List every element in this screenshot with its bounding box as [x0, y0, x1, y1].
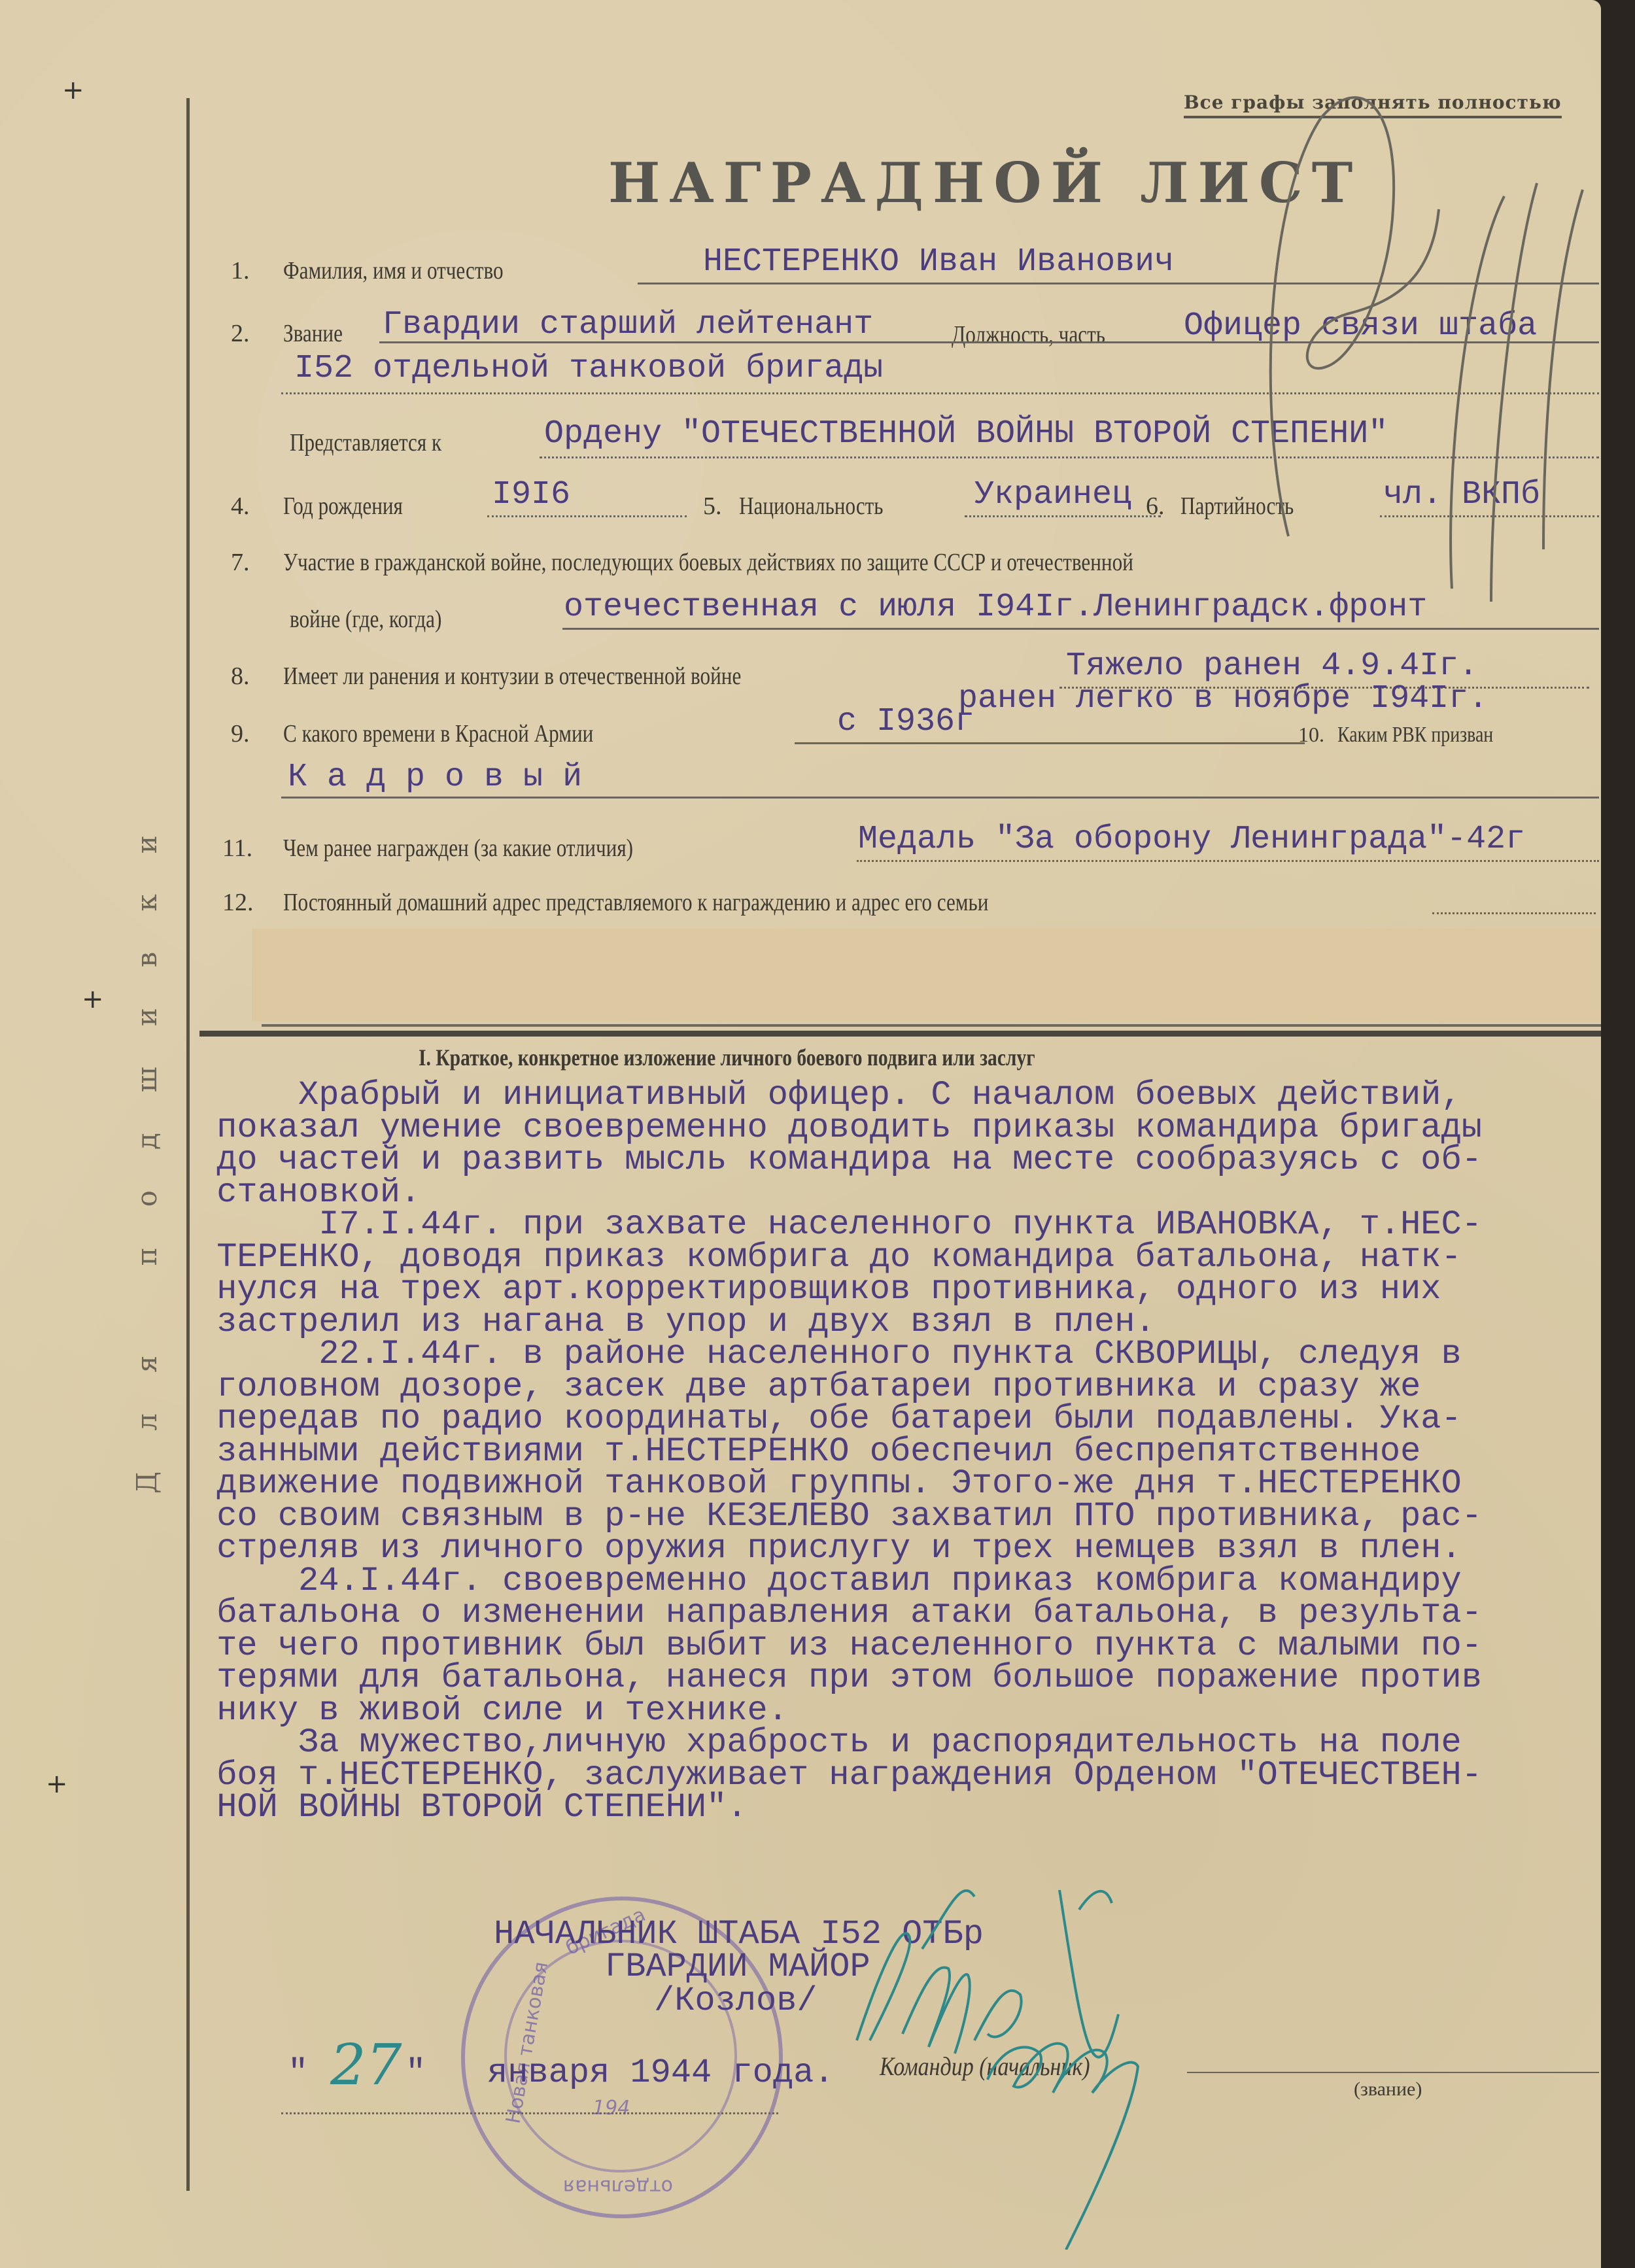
date-day: 27 [330, 2033, 402, 2098]
field-value: отечественная с июля I94Iг.Ленинградск.ф… [564, 589, 1427, 626]
scan-edge [1601, 0, 1635, 2268]
page-title: НАГРАДНОЙ ЛИСТ [608, 150, 1362, 215]
binding-margin-label: Для подшивки [131, 621, 170, 1668]
field-label: Фамилия, имя и отчество [283, 256, 504, 285]
commander-underline [1187, 2072, 1599, 2073]
instruction-note: Все графы заполнять полностью [1184, 92, 1562, 118]
date-underline [281, 2112, 778, 2114]
field-underline [281, 797, 1599, 799]
field-label: Представляется к [290, 428, 441, 457]
field-label: Национальность [739, 492, 884, 521]
field-label: Год рождения [283, 492, 403, 521]
narrative-section-title: I. Краткое, конкретное изложение личного… [419, 1044, 1035, 1071]
separator-line-thick [199, 1031, 1602, 1037]
field-underline [1380, 515, 1599, 517]
redacted-address-area [252, 929, 1602, 1022]
field-underline [562, 628, 1599, 630]
field-label: войне (где, когда) [290, 605, 441, 634]
signatory-rank: ГВАРДИИ МАЙОР [605, 1948, 870, 1986]
binding-margin-line [186, 98, 190, 2191]
separator-line [262, 1024, 1602, 1027]
punch-hole-mark: + [46, 1769, 68, 1799]
award-sheet-page: + + + Для подшивки Все графы заполнять п… [0, 0, 1601, 2268]
punch-hole-mark: + [62, 75, 84, 105]
field-underline [965, 515, 1161, 517]
date-month-year: января 1944 года. [487, 2053, 835, 2092]
narrative-text: Храбрый и инициативный офицер. С началом… [196, 1079, 1635, 1824]
field-value-rvk: К а д р о в ы й [288, 759, 582, 796]
field-underline [540, 456, 1599, 458]
field-value-position: Офицер связи штаба [1184, 307, 1537, 345]
date-close-quote: " [405, 2053, 426, 2092]
field-value-party: чл. ВКПб [1383, 476, 1540, 513]
field-value: Тяжело ранен 4.9.4Iг. [1066, 647, 1478, 685]
field-label: Участие в гражданской войне, последующих… [283, 548, 1133, 577]
signatory-name: /Козлов/ [654, 1982, 817, 2020]
field-value-birth-year: I9I6 [492, 476, 570, 513]
field-label: Партийность [1180, 492, 1294, 521]
commander-label: Командир (начальник) [880, 2051, 1090, 2082]
field-value: НЕСТЕРЕНКО Иван Иванович [703, 243, 1174, 281]
date-open-quote: " [288, 2053, 308, 2092]
field-value: Медаль "За оборону Ленинграда"-42г [858, 821, 1525, 858]
field-value: с I936г [837, 703, 974, 740]
field-label: Должность, часть [952, 320, 1105, 349]
field-underline [857, 860, 1599, 862]
field-underline [281, 392, 1599, 394]
field-label: Звание [283, 319, 343, 348]
field-label: Чем ранее награжден (за какие отличия) [283, 834, 633, 863]
field-underline [795, 742, 1305, 744]
field-value-rank: Гвардии старший лейтенант [383, 306, 873, 343]
field-label: Каким РВК призван [1337, 723, 1493, 747]
field-label: Имеет ли ранения и контузии в отечествен… [283, 662, 741, 691]
field-value-nationality: Украинец [974, 476, 1131, 513]
field-value: Ордену "ОТЕЧЕСТВЕННОЙ ВОЙНЫ ВТОРОЙ СТЕПЕ… [544, 415, 1388, 453]
field-label: Постоянный домашний адрес представляемог… [283, 888, 988, 917]
rank-label: (звание) [1354, 2078, 1422, 2101]
field-value-unit: I52 отдельной танковой бригады [294, 350, 883, 387]
field-underline [1432, 912, 1596, 914]
field-underline [379, 341, 1599, 343]
field-value-line2: ранен легко в ноябре I94Iг. [958, 680, 1488, 717]
field-underline [487, 515, 687, 517]
punch-hole-mark: + [82, 984, 104, 1014]
field-underline [638, 283, 1599, 284]
field-label: С какого времени в Красной Армии [283, 719, 593, 748]
